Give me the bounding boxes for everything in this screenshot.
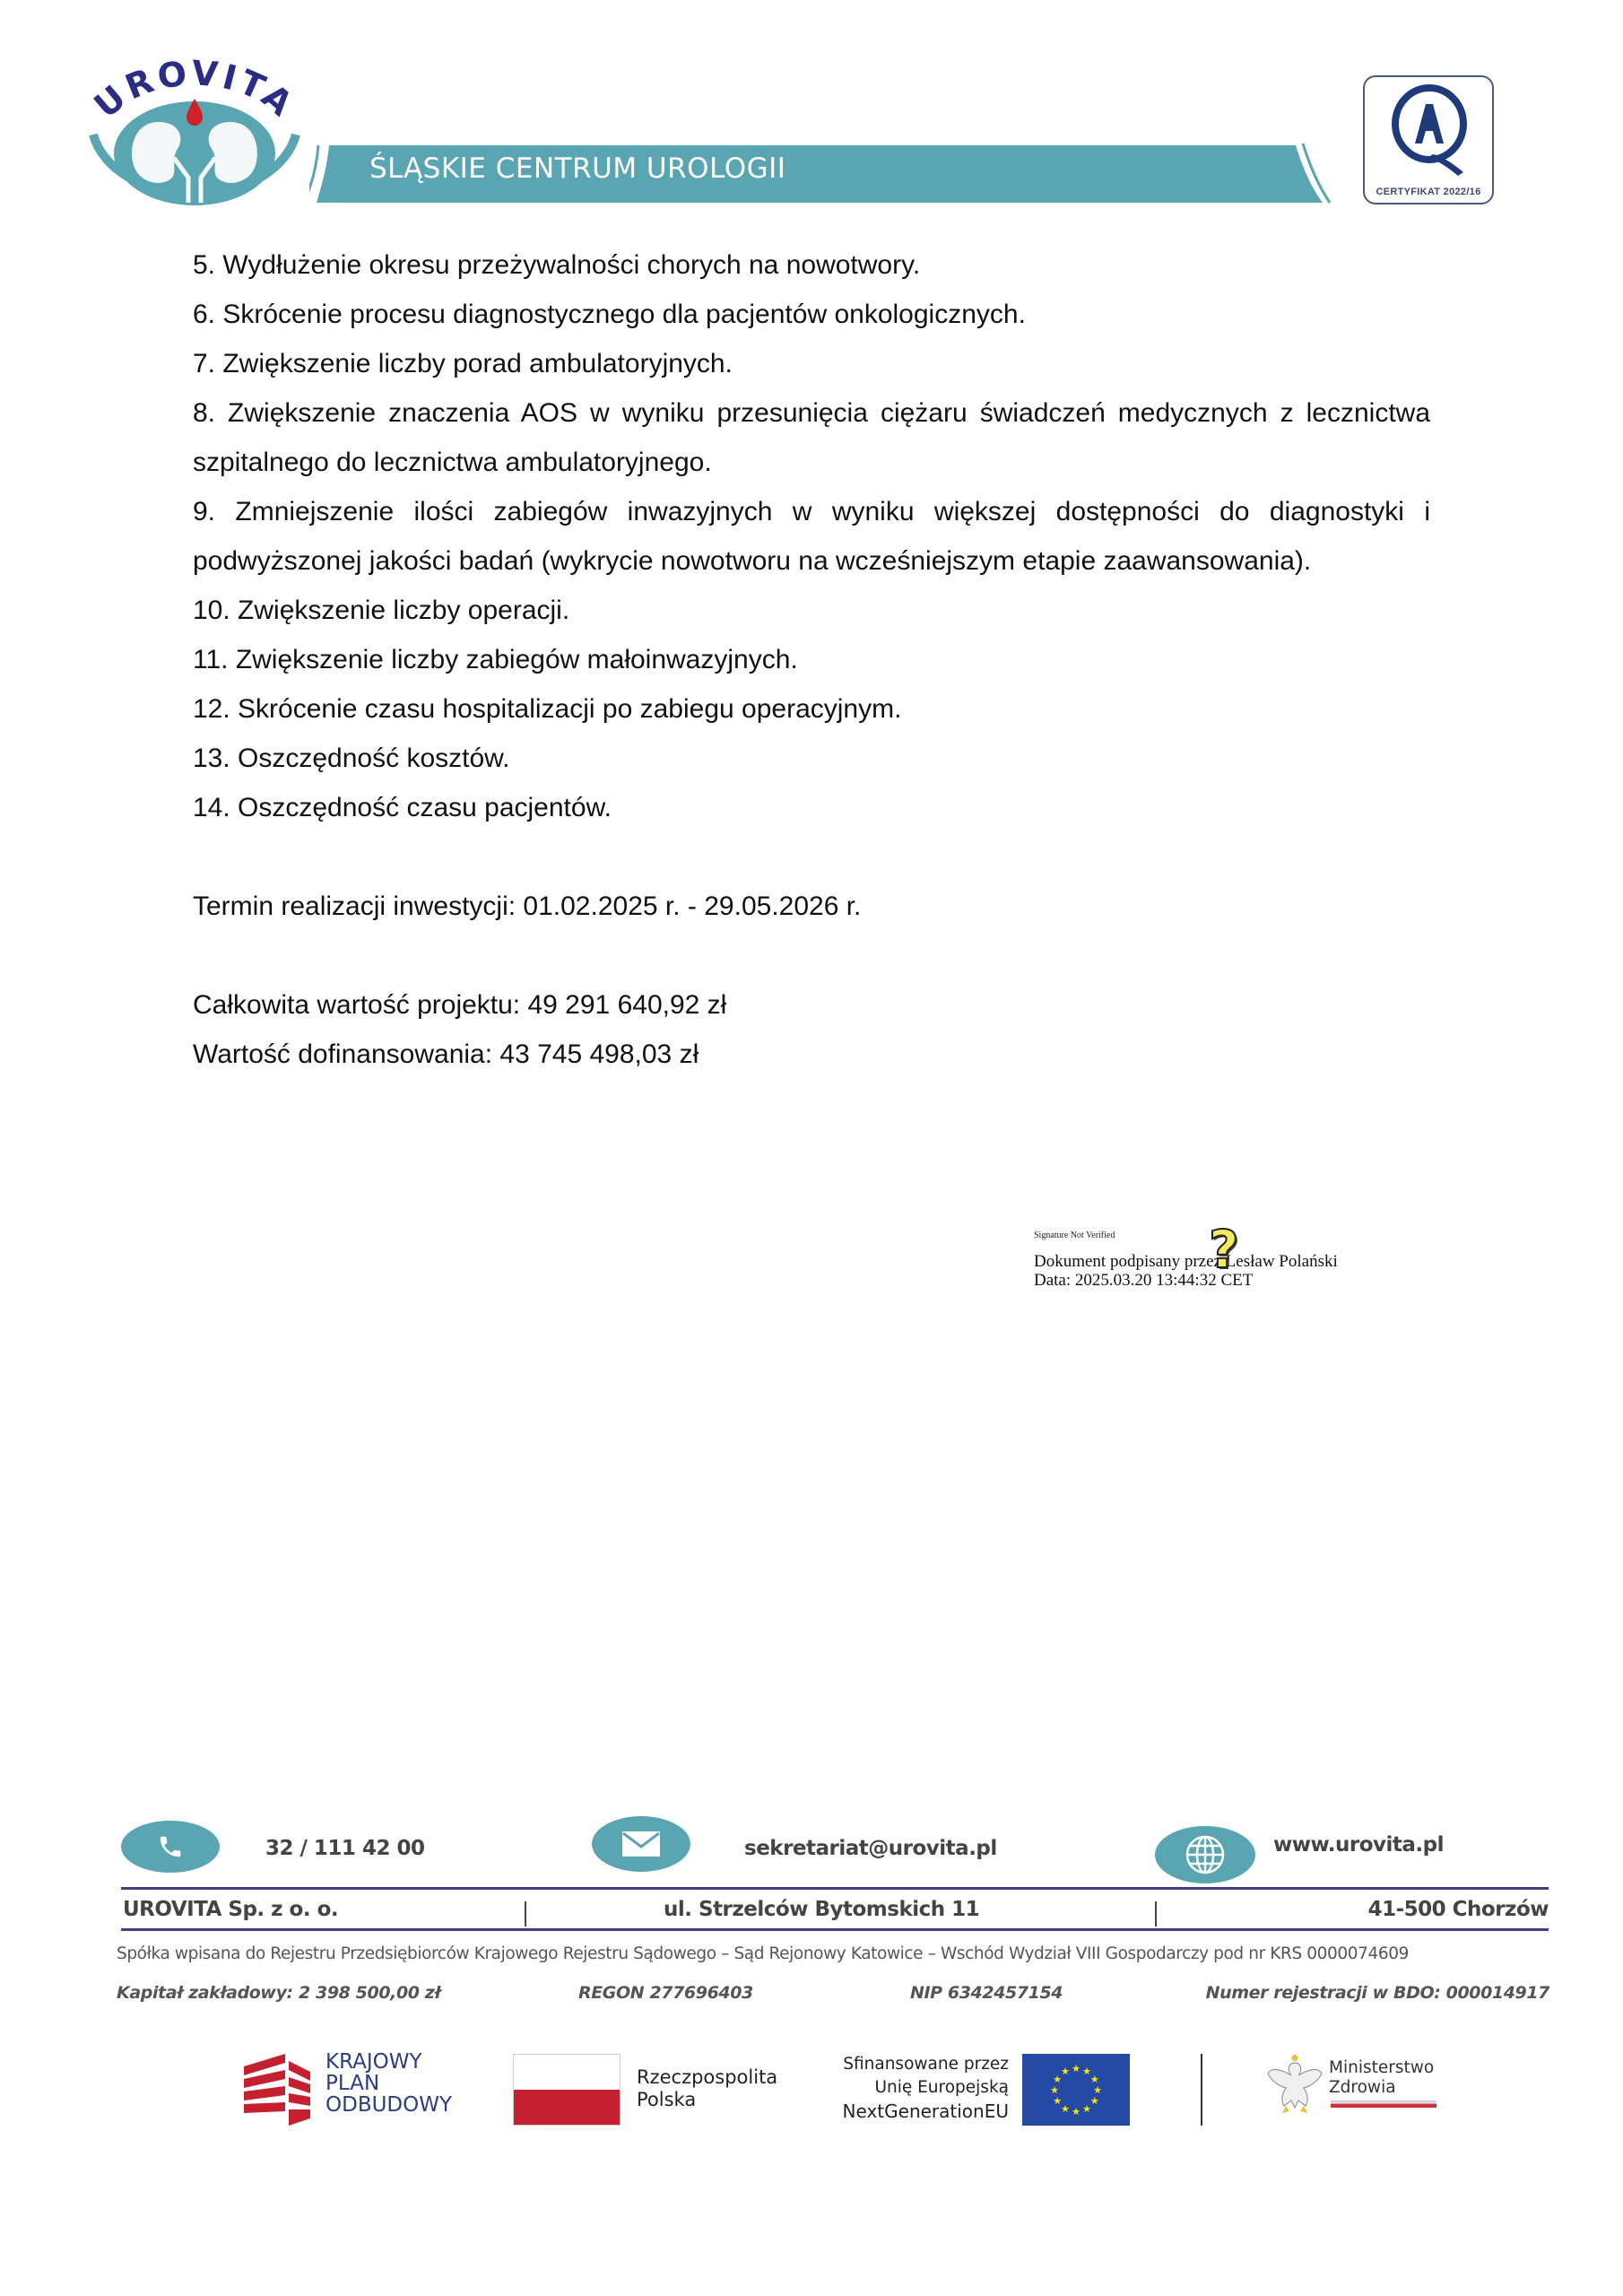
poland-flag-icon — [513, 2054, 621, 2126]
nip-number: NIP 6342457154 — [910, 1983, 1063, 2003]
list-item: 13. Oszczędność kosztów. — [193, 744, 510, 774]
city-address: 41-500 Chorzów — [1368, 1898, 1549, 1921]
ministry-logo-text: Ministerstwo Zdrowia — [1329, 2058, 1434, 2098]
quality-certificate-badge: CERTYFIKAT 2022/16 — [1363, 75, 1494, 204]
list-item: 14. Oszczędność czasu pacjentów. — [193, 793, 612, 823]
svg-text:★: ★ — [1082, 2104, 1091, 2115]
investment-term: Termin realizacji inwestycji: 01.02.2025… — [193, 891, 861, 922]
svg-text:★: ★ — [1093, 2085, 1102, 2096]
poland-line: Polska — [637, 2089, 777, 2111]
svg-text:★: ★ — [1090, 2096, 1099, 2107]
poland-logo-text: Rzeczpospolita Polska — [637, 2066, 777, 2111]
signature-status: Signature Not Verified — [1034, 1231, 1115, 1240]
list-item: 6. Skrócenie procesu diagnostycznego dla… — [193, 300, 1026, 330]
list-item-continuation: szpitalnego do lecznictwa ambulatoryjneg… — [193, 448, 712, 478]
kpo-line: PLAN — [325, 2073, 452, 2094]
svg-text:★: ★ — [1053, 2096, 1062, 2107]
globe-icon — [1155, 1826, 1255, 1883]
svg-text:★: ★ — [1072, 2107, 1081, 2118]
list-item-continuation: podwyższonej jakości badań (wykrycie now… — [193, 546, 1311, 577]
phone-icon — [121, 1821, 220, 1873]
krs-registration: Spółka wpisana do Rejestru Przedsiębiorc… — [117, 1944, 1409, 1963]
ministry-line: Zdrowia — [1329, 2078, 1434, 2098]
ministry-stripes — [1331, 2100, 1436, 2108]
funding-value: Wartość dofinansowania: 43 745 498,03 zł — [193, 1039, 699, 1070]
street-address: ul. Strzelców Bytomskich 11 — [664, 1898, 979, 1921]
kpo-line: ODBUDOWY — [325, 2094, 452, 2116]
eu-line: Unię Europejską — [811, 2076, 1009, 2100]
certificate-label: CERTYFIKAT 2022/16 — [1365, 187, 1492, 197]
svg-text:★: ★ — [1061, 2104, 1070, 2115]
urovita-logo: UROVITA — [74, 52, 316, 218]
bdo-number: Numer rejestracji w BDO: 000014917 — [1206, 1983, 1549, 2003]
qa-certificate-icon — [1383, 84, 1476, 178]
footer-divider — [121, 1887, 1549, 1890]
regon-number: REGON 277696403 — [578, 1983, 753, 2003]
list-item: 10. Zwiększenie liczby operacji. — [193, 596, 569, 626]
signature-signer: Dokument podpisany przez Lesław Polański — [1034, 1252, 1338, 1272]
banner-title: ŚLĄSKIE CENTRUM UROLOGII — [369, 152, 785, 185]
envelope-icon — [592, 1816, 690, 1872]
email-link[interactable]: sekretariat@urovita.pl — [744, 1837, 997, 1860]
phone-number[interactable]: 32 / 111 42 00 — [265, 1837, 424, 1860]
list-item: 9. Zmniejszenie ilości zabiegów inwazyjn… — [193, 497, 1430, 527]
eu-funding-text: Sfinansowane przez Unię Europejską NextG… — [811, 2053, 1009, 2123]
svg-text:★: ★ — [1090, 2074, 1099, 2085]
svg-text:★: ★ — [1061, 2066, 1070, 2077]
list-item: 7. Zwiększenie liczby porad ambulatoryjn… — [193, 349, 733, 379]
list-item: 12. Skrócenie czasu hospitalizacji po za… — [193, 694, 901, 725]
question-mark-icon[interactable]: ? — [1209, 1223, 1239, 1275]
kpo-line: KRAJOWY — [325, 2051, 452, 2073]
website-link[interactable]: www.urovita.pl — [1273, 1833, 1444, 1857]
ministry-line: Ministerstwo — [1329, 2058, 1434, 2078]
kpo-logo-text: KRAJOWY PLAN ODBUDOWY — [325, 2051, 452, 2116]
logo-divider — [1201, 2054, 1202, 2126]
share-capital: Kapitał zakładowy: 2 398 500,00 zł — [117, 1983, 440, 2003]
list-item: 11. Zwiększenie liczby zabiegów małoinwa… — [193, 645, 798, 675]
separator — [1155, 1901, 1157, 1926]
list-item: 8. Zwiększenie znaczenia AOS w wyniku pr… — [193, 398, 1430, 429]
company-name: UROVITA Sp. z o. o. — [123, 1898, 338, 1921]
separator — [525, 1901, 526, 1926]
footer-divider — [121, 1928, 1549, 1931]
svg-text:★: ★ — [1072, 2064, 1081, 2074]
eu-flag-icon: ★★★★★★★★★★★★ — [1022, 2054, 1130, 2126]
eu-line: NextGenerationEU — [811, 2100, 1009, 2123]
kpo-logo-icon — [244, 2054, 312, 2130]
list-item: 5. Wydłużenie okresu przeżywalności chor… — [193, 250, 920, 281]
poland-line: Rzeczpospolita — [637, 2066, 777, 2089]
eu-line: Sfinansowane przez — [811, 2053, 1009, 2076]
polish-eagle-icon — [1266, 2054, 1324, 2123]
svg-text:★: ★ — [1050, 2085, 1059, 2096]
total-project-value: Całkowita wartość projektu: 49 291 640,9… — [193, 990, 726, 1021]
